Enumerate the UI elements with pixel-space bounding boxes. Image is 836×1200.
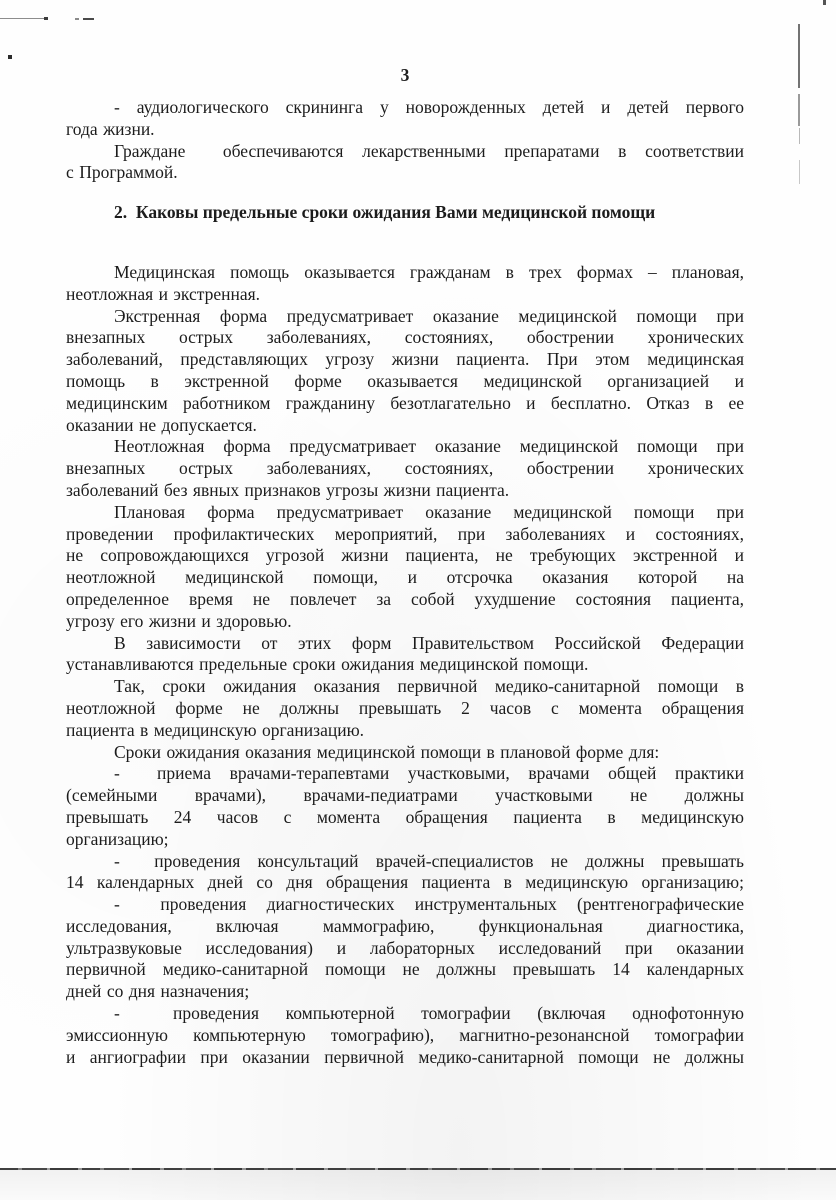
text-line: неотложной медицинской помощи, и отсрочк… xyxy=(66,567,744,589)
text-line: - приема врачами-терапевтами участковыми… xyxy=(66,763,744,785)
paragraph-specialists-14-days: - проведения консультаций врачей-специал… xyxy=(66,851,744,895)
scanned-document-page: 3 - аудиологического скрининга у новорож… xyxy=(0,0,836,1200)
text-line: устанавливаются предельные сроки ожидани… xyxy=(66,654,744,676)
text-column: 3 - аудиологического скрининга у новорож… xyxy=(66,64,744,1068)
text-line: организацию; xyxy=(66,829,744,851)
text-line: эмиссионную компьютерную томографию), ма… xyxy=(66,1025,744,1047)
paragraph-government-terms: В зависимости от этих форм Правительство… xyxy=(66,633,744,677)
text-line: (семейными врачами), врачами-педиатрами … xyxy=(66,785,744,807)
text-line: года жизни. xyxy=(66,119,744,141)
scan-artifact-top-left-line xyxy=(0,18,45,19)
scan-artifact-right-vline-1 xyxy=(798,24,800,88)
paragraph-planned-terms-intro: Сроки ожидания оказания медицинской помо… xyxy=(66,742,744,764)
text-line: исследования, включая маммографию, функц… xyxy=(66,916,744,938)
paragraph-emergency-form: Экстренная форма предусматривает оказани… xyxy=(66,306,744,437)
text-line: оказании не допускается. xyxy=(66,415,744,437)
text-line: внезапных острых заболеваниях, состояния… xyxy=(66,458,744,480)
text-line: - проведения компьютерной томографии (вк… xyxy=(66,1003,744,1025)
scan-artifact-right-vline-3 xyxy=(799,128,800,144)
text-line: Медицинская помощь оказывается гражданам… xyxy=(66,262,744,284)
text-line: Сроки ожидания оказания медицинской помо… xyxy=(66,742,744,764)
page-number: 3 xyxy=(66,64,744,86)
paragraph-citizens-medicines: Граждане обеспечиваются лекарственными п… xyxy=(66,141,744,185)
text-line: и ангиографии при оказании первичной мед… xyxy=(66,1047,744,1069)
text-line: превышать 24 часов с момента обращения п… xyxy=(66,807,744,829)
scan-artifact-top-left-dot xyxy=(44,17,48,20)
text-line: дней со дня назначения; xyxy=(66,981,744,1003)
text-line: 14 календарных дней со дня обращения пац… xyxy=(66,872,744,894)
text-line: не сопровождающихся угрозой жизни пациен… xyxy=(66,545,744,567)
text-line: Экстренная форма предусматривает оказани… xyxy=(66,306,744,328)
text-line: - проведения консультаций врачей-специал… xyxy=(66,851,744,873)
scan-artifact-top-dash xyxy=(83,18,94,20)
text-line: ультразвуковые исследования) и лаборатор… xyxy=(66,938,744,960)
text-line: угрозу его жизни и здоровью. xyxy=(66,611,744,633)
text-line: заболеваний, представляющих угрозу жизни… xyxy=(66,349,744,371)
text-line: В зависимости от этих форм Правительство… xyxy=(66,633,744,655)
text-line: первичной медико-санитарной помощи не до… xyxy=(66,959,744,981)
text-line: - проведения диагностических инструмента… xyxy=(66,894,744,916)
text-line: - аудиологического скрининга у новорожде… xyxy=(66,97,744,119)
scan-artifact-right-vline-4 xyxy=(799,160,800,184)
scan-artifact-bottom-shade xyxy=(0,1170,836,1200)
text-line: с Программой. xyxy=(66,162,744,184)
paragraph-audiology-screening: - аудиологического скрининга у новорожде… xyxy=(66,97,744,141)
scan-artifact-right-vline-2 xyxy=(798,94,800,126)
paragraph-urgent-form: Неотложная форма предусматривает оказани… xyxy=(66,436,744,501)
text-line: определенное время не повлечет за собой … xyxy=(66,589,744,611)
text-line: заболеваний без явных признаков угрозы ж… xyxy=(66,480,744,502)
scan-artifact-top-right-tick xyxy=(823,0,826,5)
scan-artifact-left-dot xyxy=(8,55,12,59)
section-heading: 2. Каковы предельные сроки ожидания Вами… xyxy=(66,202,744,224)
text-line: Плановая форма предусматривает оказание … xyxy=(66,502,744,524)
paragraph-three-forms: Медицинская помощь оказывается гражданам… xyxy=(66,262,744,306)
paragraph-planned-form: Плановая форма предусматривает оказание … xyxy=(66,502,744,633)
text-line: неотложной форме не должны превышать 2 ч… xyxy=(66,698,744,720)
scan-artifact-bottom-line xyxy=(0,1168,836,1170)
text-line: медицинским работником гражданину безотл… xyxy=(66,393,744,415)
scan-artifact-top-dash-small xyxy=(75,18,79,20)
paragraph-urgent-2-hours: Так, сроки ожидания оказания первичной м… xyxy=(66,676,744,741)
paragraph-diagnostics-14-days: - проведения диагностических инструмента… xyxy=(66,894,744,1003)
text-line: помощь в экстренной форме оказывается ме… xyxy=(66,371,744,393)
text-line: Так, сроки ожидания оказания первичной м… xyxy=(66,676,744,698)
text-line: Неотложная форма предусматривает оказани… xyxy=(66,436,744,458)
text-line: неотложная и экстренная. xyxy=(66,284,744,306)
text-line: Граждане обеспечиваются лекарственными п… xyxy=(66,141,744,163)
text-line: проведении профилактических мероприятий,… xyxy=(66,524,744,546)
text-line: внезапных острых заболеваниях, состояния… xyxy=(66,327,744,349)
paragraph-ct-mri-angiography: - проведения компьютерной томографии (вк… xyxy=(66,1003,744,1068)
text-line: пациента в медицинскую организацию. xyxy=(66,720,744,742)
paragraph-therapists-24-hours: - приема врачами-терапевтами участковыми… xyxy=(66,763,744,850)
